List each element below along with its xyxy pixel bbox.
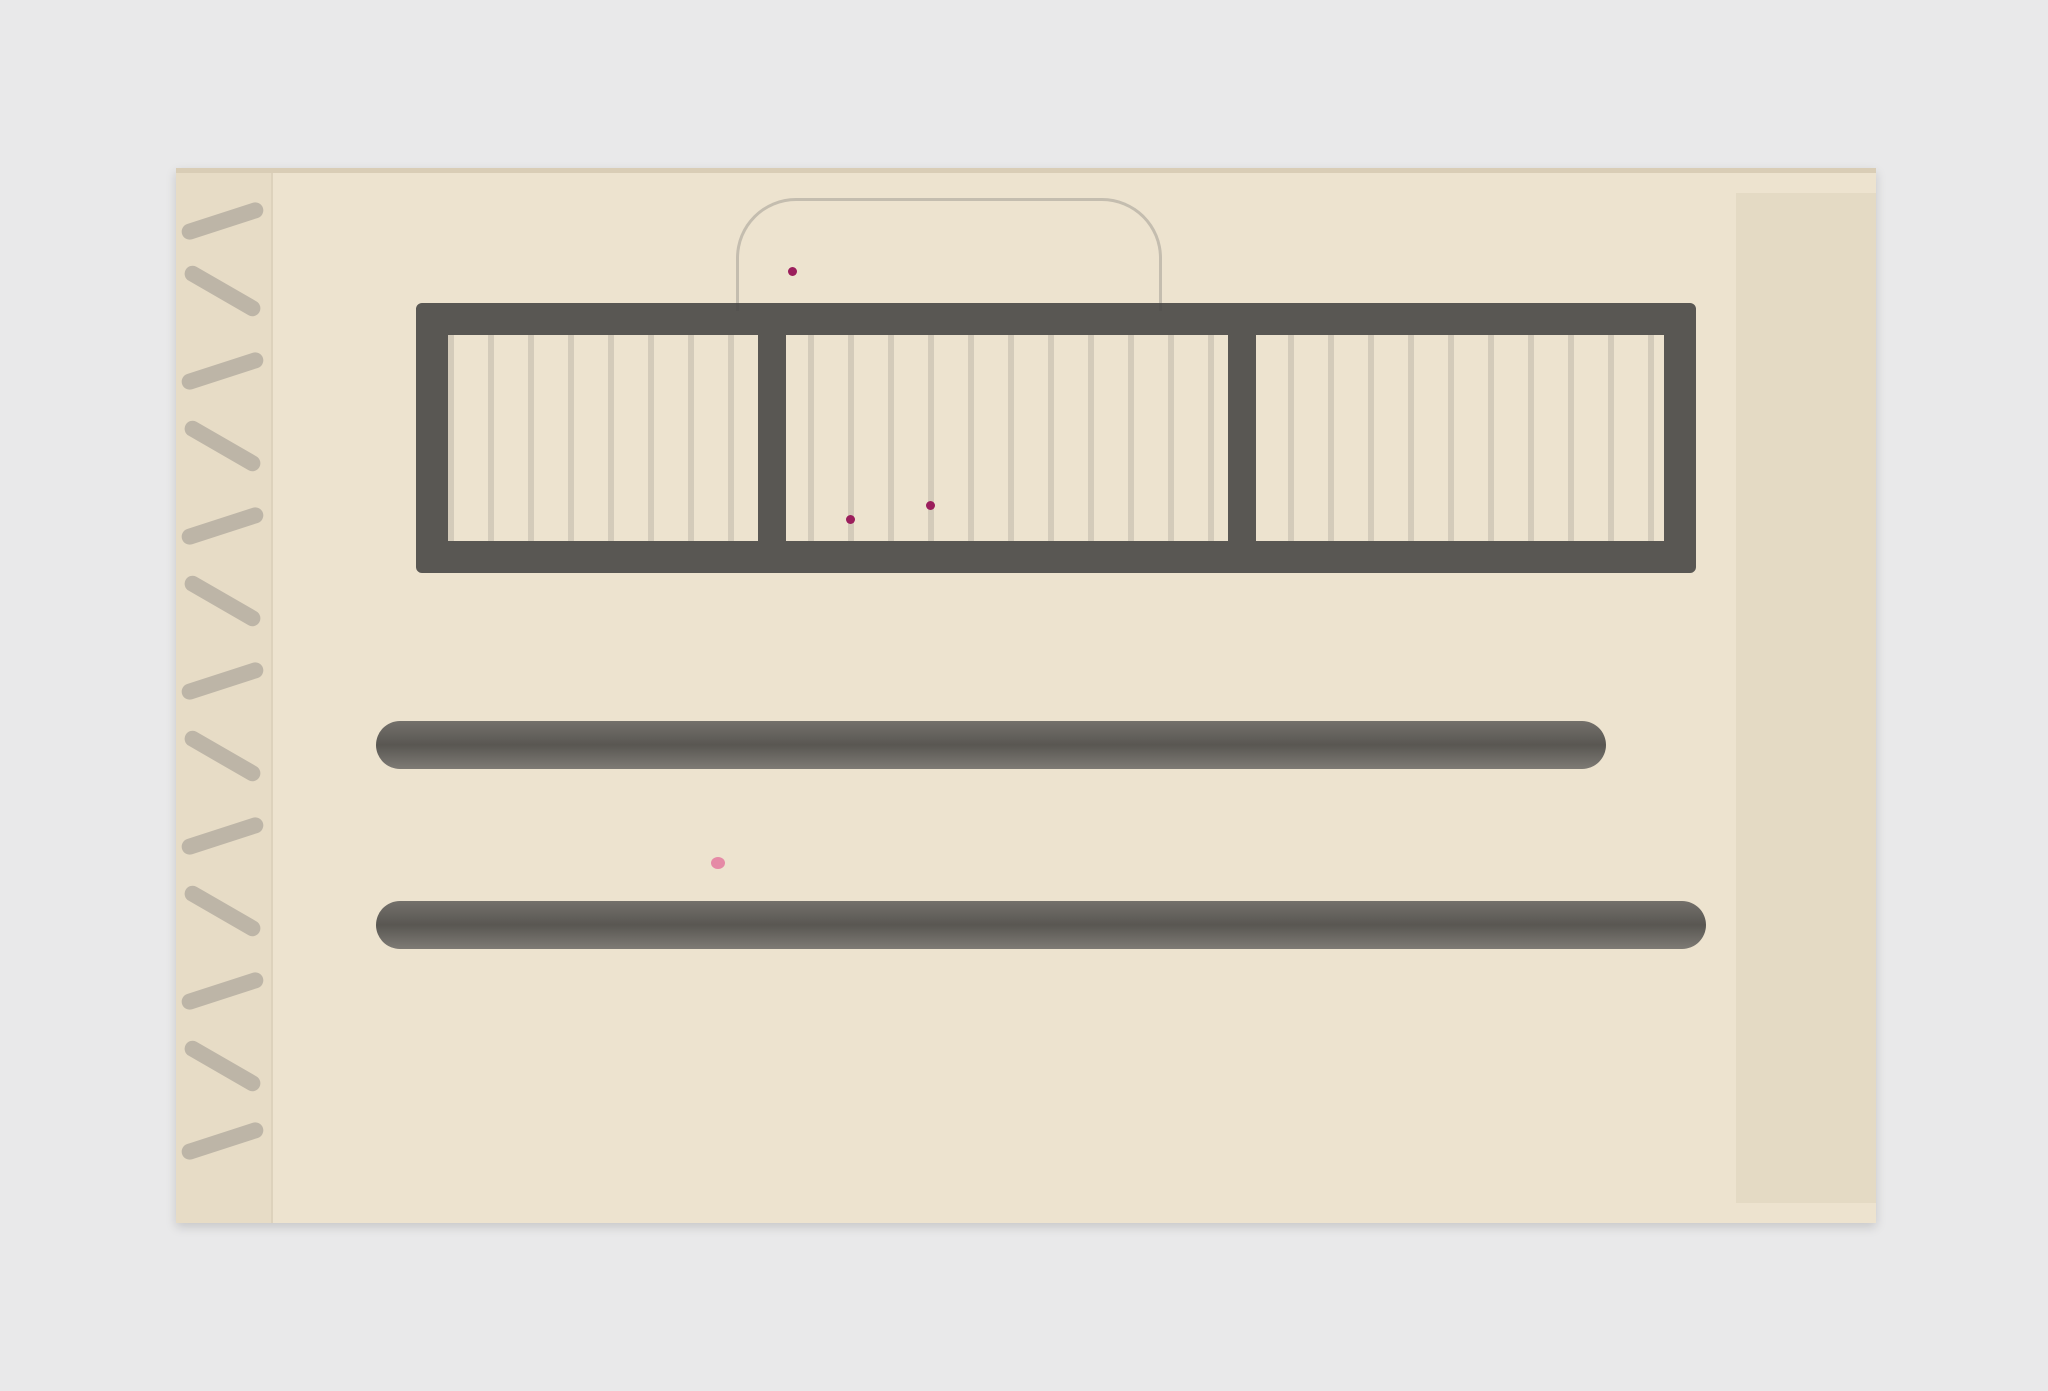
water-stain — [1736, 193, 1876, 1203]
charcoal-stroke-2 — [376, 901, 1706, 949]
charcoal-rectangle — [416, 303, 1696, 573]
string-stitch — [182, 418, 264, 474]
string-stitch — [182, 263, 264, 319]
string-stitch — [180, 200, 266, 241]
ink-spot — [788, 267, 797, 276]
stitched-spine — [176, 173, 273, 1223]
string-stitch — [180, 350, 266, 391]
string-stitch — [182, 883, 264, 939]
ink-spot — [926, 501, 935, 510]
charcoal-stroke-1 — [376, 721, 1606, 769]
string-stitch — [180, 1120, 266, 1161]
string-stitch — [180, 660, 266, 701]
ink-spot — [846, 515, 855, 524]
pencil-scribble — [736, 198, 1162, 311]
sketchbook-page: Photograph of a small hand-stitched sket… — [176, 168, 1876, 1223]
string-stitch — [182, 573, 264, 629]
string-stitch — [180, 815, 266, 856]
string-stitch — [182, 728, 264, 784]
ink-spot — [711, 857, 725, 869]
string-stitch — [180, 505, 266, 546]
frame-divider — [1228, 335, 1256, 541]
string-stitch — [180, 970, 266, 1011]
string-stitch — [182, 1038, 264, 1094]
frame-divider — [758, 335, 786, 541]
